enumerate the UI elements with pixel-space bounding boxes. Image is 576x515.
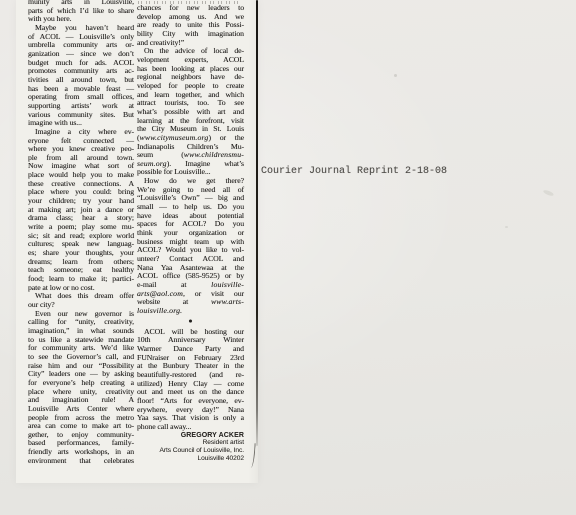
article-column-2: chances for new leaders todevelop among …: [137, 0, 244, 462]
byline-line: Louisville 40202: [137, 455, 244, 463]
scan-artifact: [505, 226, 508, 228]
byline-line: Arts Council of Louisville, Inc.: [137, 447, 244, 455]
scan-artifact: [543, 189, 555, 197]
scan-artifact: [394, 74, 397, 77]
clipping-edge-scan-line: [256, 0, 258, 446]
typewritten-reprint-note: Courier Journal Reprint 2-18-08: [261, 166, 447, 177]
article-column-1: munity arts in Louisville,parts of which…: [28, 0, 134, 465]
article-line: environment that celebrates: [28, 457, 134, 466]
cut-off-text-fragment: [138, 1, 242, 4]
article-line: phone call away...: [137, 423, 244, 432]
section-divider-bullet: ●: [137, 316, 244, 328]
scanned-page: munity arts in Louisville,parts of which…: [0, 0, 576, 515]
article-line: louisville.org.: [137, 307, 244, 316]
newspaper-clipping: munity arts in Louisville,parts of which…: [16, 0, 258, 483]
scan-artifact: [85, 8, 88, 10]
byline-line: Resident artist: [137, 439, 244, 447]
